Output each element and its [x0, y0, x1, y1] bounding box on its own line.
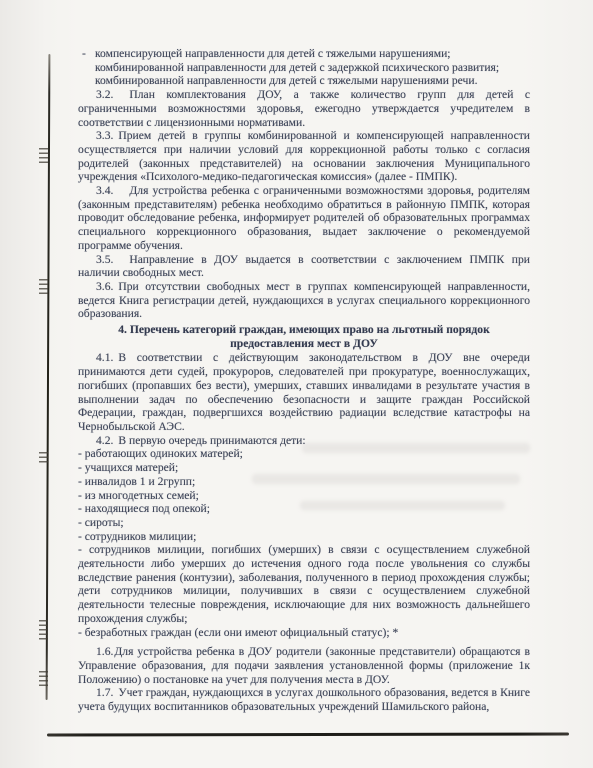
clause-number: 1.6. — [96, 645, 113, 658]
group-type-text: комбинированной направленности для детей… — [95, 74, 477, 87]
clause-number: 1.7. — [96, 686, 113, 699]
priority-list-item: - из многодетных семей; — [78, 489, 530, 503]
clause-number: 4.1. — [96, 351, 113, 364]
priority-list-item: - учащихся матерей; — [78, 461, 530, 475]
scanned-document-page: - компенсирующей направленности для дете… — [0, 0, 593, 768]
clause-text: Прием детей в группы комбинированной и к… — [78, 129, 530, 183]
clause-text: Учет граждан, нуждающихся в услугах дошк… — [78, 686, 530, 713]
group-type-item: - компенсирующей направленности для дете… — [78, 47, 530, 61]
document-text-block: - компенсирующей направленности для дете… — [78, 47, 530, 714]
paragraph-3-6: 3.6.При отсутствии свободных мест в груп… — [78, 280, 530, 321]
paragraph-3-5: 3.5.Направление в ДОУ выдается в соответ… — [78, 253, 530, 280]
page-bottom-rule — [47, 733, 569, 737]
priority-list-item: - сироты; — [78, 516, 530, 530]
paragraph-3-2: 3.2.План комплектования ДОУ, а также кол… — [78, 88, 530, 129]
priority-list-item: - работающих одиноких матерей; — [78, 447, 530, 461]
list-dash: - — [82, 47, 86, 61]
priority-list-item: - инвалидов 1 и 2групп; — [78, 475, 530, 489]
group-type-text: комбинированной направленности для детей… — [95, 61, 499, 74]
binding-mark — [39, 620, 48, 640]
clause-text: Направление в ДОУ выдается в соответстви… — [78, 253, 530, 280]
clause-text: Для устройства ребенка с ограниченными в… — [78, 184, 530, 252]
paragraph-3-4: 3.4.Для устройства ребенка с ограниченны… — [78, 184, 530, 253]
binding-mark — [39, 452, 48, 465]
priority-list-item: - сотрудников милиции, погибших (умерших… — [78, 543, 530, 625]
clause-text: План комплектования ДОУ, а также количес… — [78, 88, 530, 128]
clause-number: 3.6. — [96, 280, 113, 293]
group-type-text: компенсирующей направленности для детей … — [95, 47, 451, 60]
clause-text: Для устройства ребенка в ДОУ родители (з… — [78, 645, 530, 685]
clause-number: 4.2. — [96, 434, 113, 447]
paragraph-3-3: 3.3.Прием детей в группы комбинированной… — [78, 129, 530, 184]
binding-mark — [39, 671, 48, 689]
priority-list-item: - безработных граждан (если они имеют оф… — [78, 626, 530, 640]
group-type-item: комбинированной направленности для детей… — [78, 61, 530, 75]
clause-text: При отсутствии свободных мест в группах … — [78, 280, 530, 320]
paragraph-4-1: 4.1.В соответствии с действующим законод… — [78, 351, 530, 433]
clause-number: 3.4. — [96, 184, 113, 197]
paragraph-1-7: 1.7.Учет граждан, нуждающихся в услугах … — [78, 686, 530, 713]
clause-text: В первую очередь принимаются дети: — [118, 434, 305, 447]
priority-list-item: - находящиеся под опекой; — [78, 502, 530, 516]
binding-mark — [39, 279, 48, 295]
clause-number: 3.2. — [96, 88, 113, 101]
binding-mark — [39, 148, 48, 166]
clause-text: В соответствии с действующим законодател… — [78, 351, 530, 433]
paragraph-4-2: 4.2.В первую очередь принимаются дети: — [78, 434, 530, 448]
paragraph-1-6: 1.6.Для устройства ребенка в ДОУ родител… — [78, 645, 530, 686]
priority-list-item: - сотрудников милиции; — [78, 530, 530, 544]
clause-number: 3.3. — [96, 129, 113, 142]
group-type-item: комбинированной направленности для детей… — [78, 74, 530, 88]
section-4-heading: 4. Перечень категорий граждан, имеющих п… — [84, 323, 524, 350]
clause-number: 3.5. — [96, 253, 113, 266]
